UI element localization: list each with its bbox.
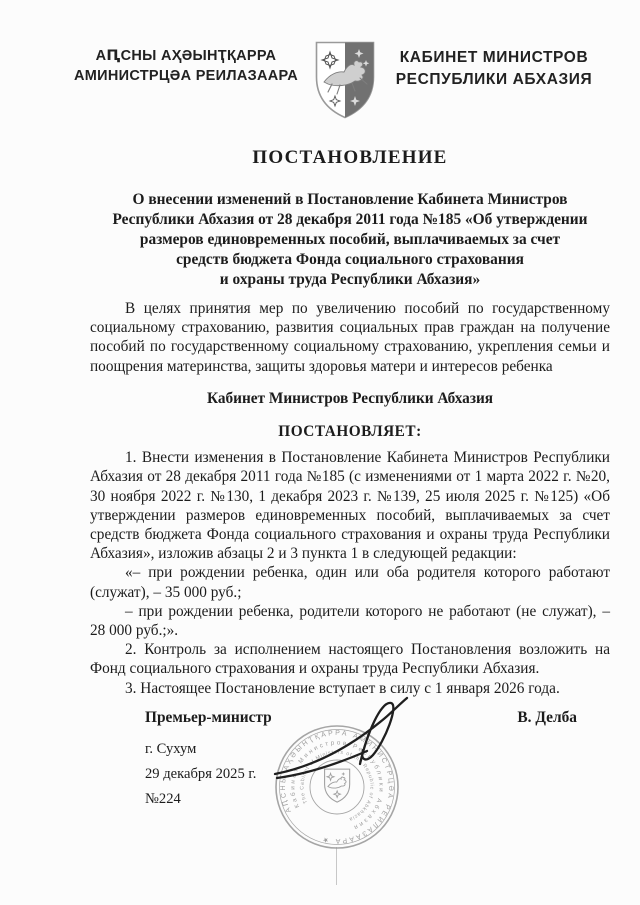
coat-of-arms-icon xyxy=(314,40,376,120)
org-name-abkhaz-line1: АԤСНЫ АҲӘЫНҬҚАРРА xyxy=(72,46,300,66)
document-title: ПОСТАНОВЛЕНИЕ xyxy=(90,147,610,169)
document-subject: О внесении изменений в Постановление Каб… xyxy=(90,190,610,290)
scan-artifact-line xyxy=(336,847,337,885)
item-2: 2. Контроль за исполнением настоящего По… xyxy=(90,640,610,678)
subject-line: средств бюджета Фонда социального страхо… xyxy=(90,250,610,270)
resolves-line: ПОСТАНОВЛЯЕТ: xyxy=(90,422,610,441)
subject-line: Республики Абхазия от 28 декабря 2011 го… xyxy=(90,210,610,230)
subject-line: и охраны труда Республики Абхазия» xyxy=(90,270,610,290)
org-name-russian: КАБИНЕТ МИНИСТРОВ РЕСПУБЛИКИ АБХАЗИЯ xyxy=(390,47,598,91)
org-name-abkhaz: АԤСНЫ АҲӘЫНҬҚАРРА АМИНИСТРЦӘА РЕИЛАЗААРА xyxy=(72,46,300,86)
resolution-text: В целях принятия мер по увеличению пособ… xyxy=(90,299,610,698)
org-name-abkhaz-line2: АМИНИСТРЦӘА РЕИЛАЗААРА xyxy=(72,66,300,86)
item-1: 1. Внести изменения в Постановление Каби… xyxy=(90,448,610,563)
org-name-russian-line1: КАБИНЕТ МИНИСТРОВ xyxy=(390,47,598,69)
signer-role: Премьер-министр xyxy=(145,709,272,727)
preamble-paragraph: В целях принятия мер по увеличению пособ… xyxy=(90,299,610,376)
quoted-clause-2: – при рождении ребенка, родители которог… xyxy=(90,602,610,640)
quoted-clause-1: «– при рождении ребенка, один или оба ро… xyxy=(90,563,610,601)
subject-line: размеров единовременных пособий, выплачи… xyxy=(90,230,610,250)
org-name-russian-line2: РЕСПУБЛИКИ АБХАЗИЯ xyxy=(390,69,598,91)
signer-name: В. Делба xyxy=(517,709,577,727)
document-page: АԤСНЫ АҲӘЫНҬҚАРРА АМИНИСТРЦӘА РЕИЛАЗААРА xyxy=(0,0,640,905)
letterhead: АԤСНЫ АҲӘЫНҬҚАРРА АМИНИСТРЦӘА РЕИЛАЗААРА xyxy=(72,40,598,120)
issuer-line: Кабинет Министров Республики Абхазия xyxy=(90,389,610,408)
subject-line: О внесении изменений в Постановление Каб… xyxy=(90,190,610,210)
handwritten-signature-icon xyxy=(263,688,445,800)
